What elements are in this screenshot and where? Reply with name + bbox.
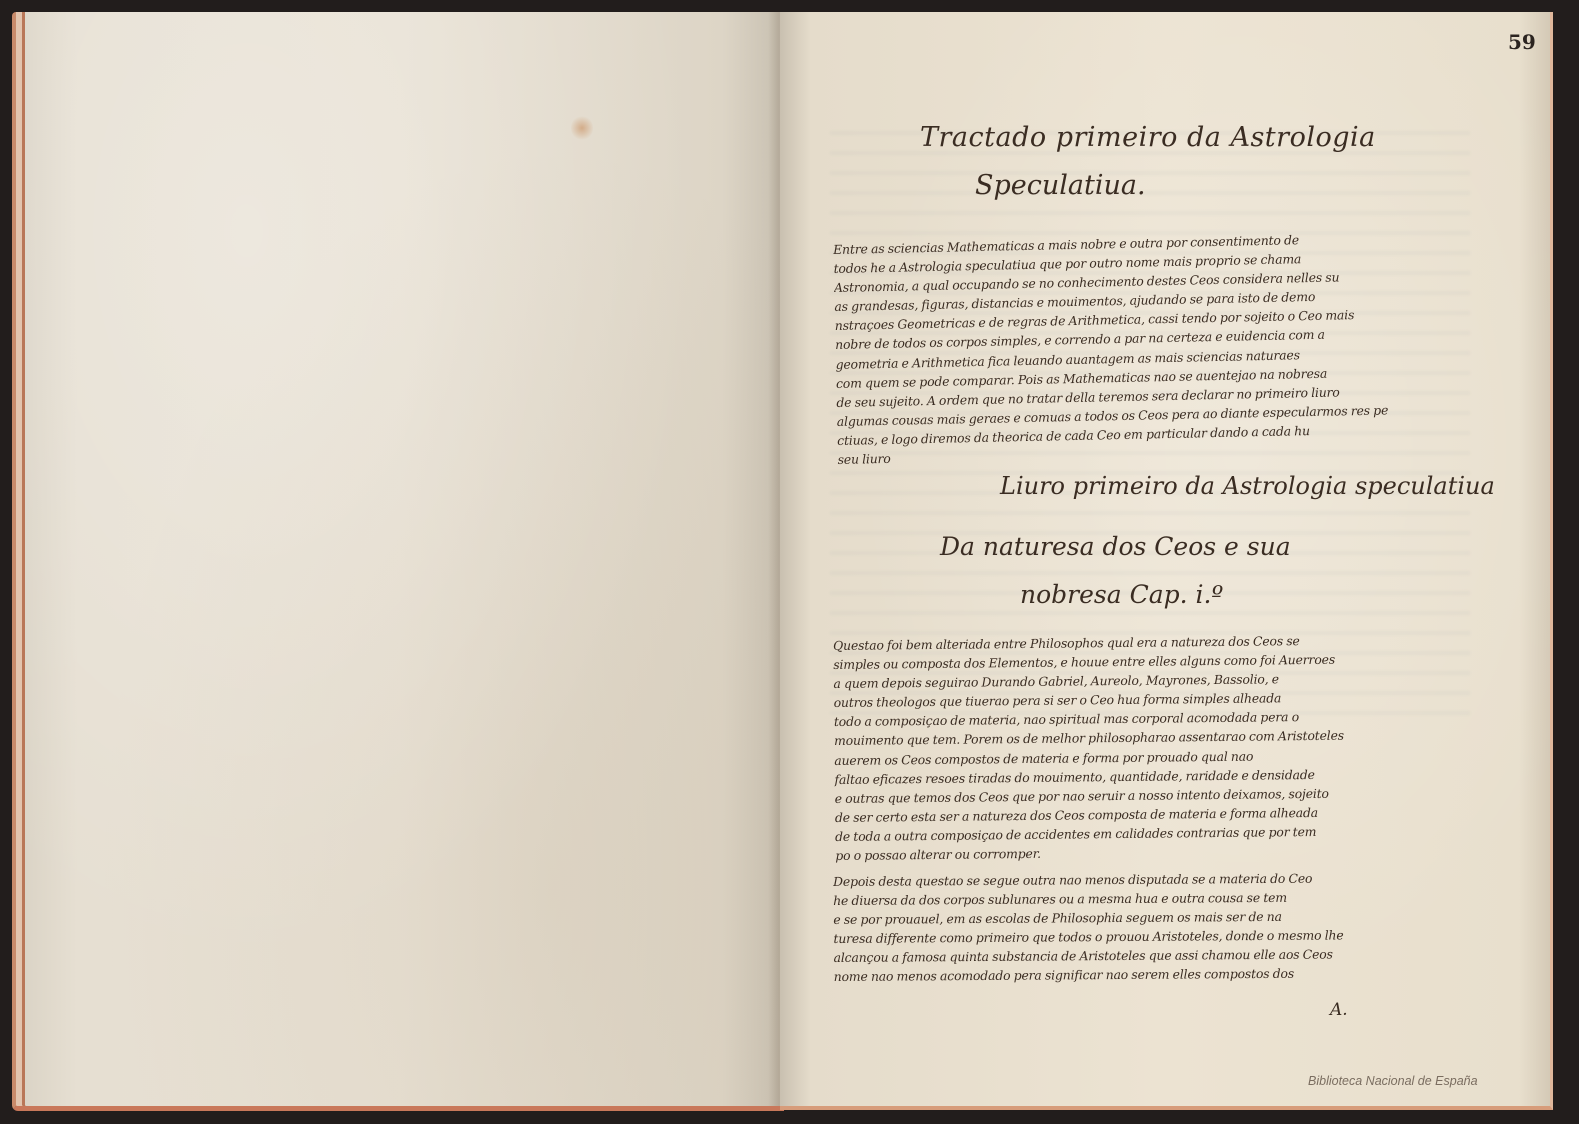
- folio-number: 59: [1508, 30, 1536, 54]
- chapter-heading-line1: Da naturesa dos Ceos e sua: [940, 532, 1291, 561]
- book-heading: Liuro primeiro da Astrologia speculatiua: [1000, 472, 1495, 500]
- paragraph-chapter-1: Questao foi bem alteriada entre Philosop…: [833, 630, 1455, 866]
- treatise-title-line1: Tractado primeiro da Astrologia: [920, 122, 1376, 153]
- paragraph-intro: Entre as sciencias Mathematicas a mais n…: [833, 227, 1458, 469]
- stain-spot: [571, 115, 593, 141]
- left-page-blank: [12, 12, 784, 1111]
- chapter-heading-line2: nobresa Cap. i.º: [1020, 580, 1223, 609]
- paragraph-chapter-2: Depois desta questao se segue outra nao …: [833, 868, 1454, 987]
- library-watermark: Biblioteca Nacional de España: [1308, 1074, 1478, 1088]
- treatise-title-line2: Speculatiua.: [975, 170, 1146, 201]
- catchword: A.: [1330, 1000, 1348, 1020]
